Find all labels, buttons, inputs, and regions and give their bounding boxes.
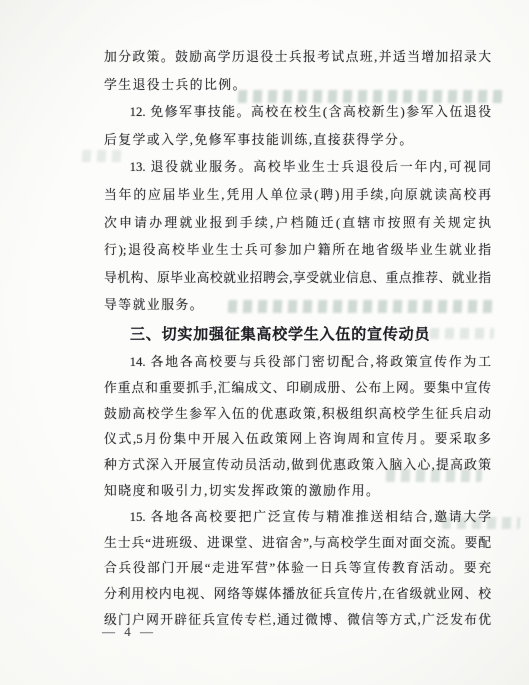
paragraph: 13. 退役就业服务。高校毕业生士兵退役后一年内,可视同当年的应届毕业生,凭用人… — [104, 154, 491, 320]
scanned-document-page: 加分政策。鼓励高学历退役士兵报考试点班,并适当增加招录大学生退役士兵的比例。12… — [0, 0, 529, 685]
text-line: 合兵役部门开展“走进军营”体验一日兵等宣传教育活动。要充 — [104, 556, 491, 582]
text-line: 14. 各地各高校要与兵役部门密切配合,将政策宣传作为工 — [104, 350, 491, 376]
text-line: 知晓度和吸引力,切实发挥政策的激励作用。 — [104, 479, 491, 505]
text-line: 级门户网开辟征兵宣传专栏,通过微博、微信等方式,广泛发布优 — [104, 608, 491, 634]
text-line: 后复学或入学,免修军事技能训练,直接获得学分。 — [104, 127, 491, 155]
ink-bleedthrough-mark — [442, 517, 521, 529]
text-line: 分利用校内电视、网络等媒体播放征兵宣传片,在省级就业网、校 — [104, 582, 491, 608]
ink-bleedthrough-mark — [82, 150, 125, 162]
text-line: 生士兵“进班级、进课堂、进宿舍”,与高校学生面对面交流。要配 — [104, 531, 491, 557]
text-line: 12. 免修军事技能。高校在校生(含高校新生)参军入伍退役 — [104, 99, 491, 127]
text-line: 行);退役高校毕业生士兵可参加户籍所在地省级毕业生就业指 — [104, 237, 491, 265]
text-line: 当年的应届毕业生,凭用人单位录(聘)用手续,向原就读高校再 — [104, 182, 491, 210]
text-line: 15. 各地各高校要把广泛宣传与精准推送相结合,邀请大学 — [104, 505, 491, 531]
text-line: 仪式,5月份集中开展入伍政策网上咨询周和宣传月。要采取多 — [104, 427, 491, 453]
text-line: 次申请办理就业报到手续,户档随迁(直辖市按照有关规定执 — [104, 210, 491, 238]
page-number: — 4 — — [102, 624, 156, 640]
text-line: 13. 退役就业服务。高校毕业生士兵退役后一年内,可视同 — [104, 154, 491, 182]
ink-bleedthrough-mark — [430, 328, 495, 339]
ink-bleedthrough-mark — [386, 469, 483, 482]
ink-bleedthrough-mark — [238, 90, 505, 103]
paragraph: 12. 免修军事技能。高校在校生(含高校新生)参军入伍退役后复学或入学,免修军事… — [104, 99, 491, 154]
text-line: 加分政策。鼓励高学历退役士兵报考试点班,并适当增加招录大 — [104, 44, 491, 72]
ink-bleedthrough-mark — [228, 300, 499, 313]
paragraph: 15. 各地各高校要把广泛宣传与精准推送相结合,邀请大学生士兵“进班级、进课堂、… — [104, 505, 491, 634]
text-line: 鼓励高校学生参军入伍的优惠政策,积极组织高校学生征兵启动 — [104, 402, 491, 428]
text-line: 作重点和重要抓手,汇编成文、印刷成册、公布上网。要集中宣传 — [104, 376, 491, 402]
text-line: 导机构、原毕业高校就业招聘会,享受就业信息、重点推荐、就业指 — [104, 265, 491, 293]
